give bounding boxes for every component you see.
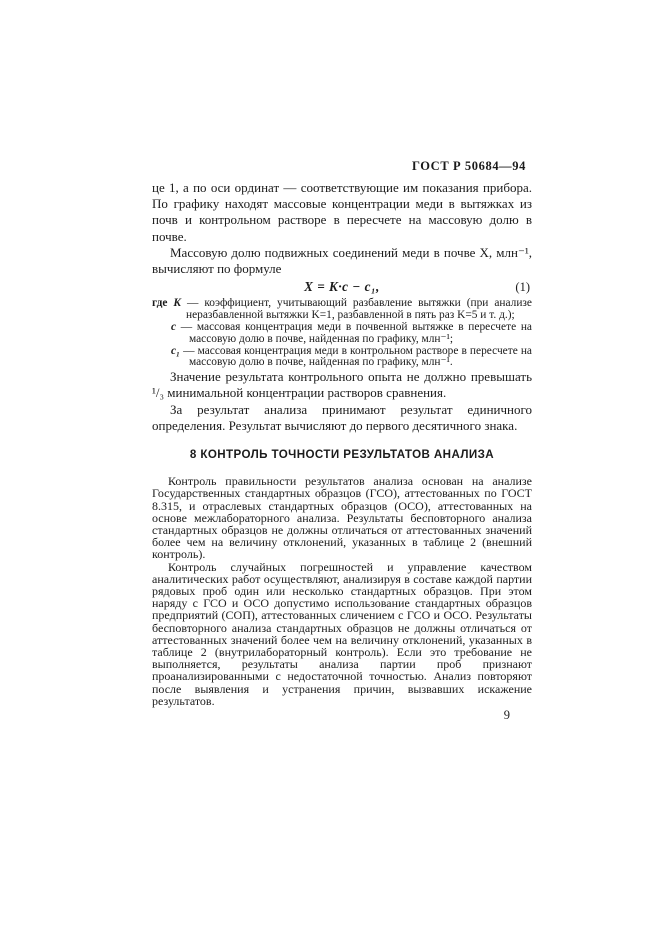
paragraph-control-experiment: Значение результата контрольного опыта н… bbox=[152, 369, 532, 401]
legend-item-k: где K — коэффициент, учитывающий разбавл… bbox=[152, 298, 532, 322]
legend-definition-c: — массовая концентрация меди в почвенной… bbox=[181, 321, 532, 345]
formula-expression: X = K·c − c₁, bbox=[304, 279, 380, 294]
legend-item-c1: c₁ — массовая концентрация меди в контро… bbox=[152, 346, 532, 370]
paragraph-accuracy-control-2: Контроль случайных погрешностей и управл… bbox=[152, 561, 532, 707]
text-block: це 1, а по оси ординат — соответствующие… bbox=[152, 180, 532, 707]
legend-term-c1: c₁ bbox=[171, 345, 180, 357]
formula-number: (1) bbox=[515, 279, 530, 295]
formula-legend: где K — коэффициент, учитывающий разбавл… bbox=[152, 298, 532, 369]
page-number: 9 bbox=[152, 708, 510, 723]
paragraph-graph-instructions: це 1, а по оси ординат — соответствующие… bbox=[152, 180, 532, 245]
legend-term-c: c bbox=[171, 321, 176, 333]
paragraph-analysis-result: За результат анализа принимают результат… bbox=[152, 402, 532, 434]
formula-block: X = K·c − c₁, (1) bbox=[152, 277, 532, 298]
legend-definition-c1: — массовая концентрация меди в контрольн… bbox=[183, 345, 532, 369]
legend-definition-k: — коэффициент, учитывающий разбавление в… bbox=[186, 297, 532, 321]
document-page: ГОСТ Р 50684—94 це 1, а по оси ординат —… bbox=[0, 0, 661, 935]
legend-item-c: c — массовая концентрация меди в почвенн… bbox=[152, 322, 532, 346]
paragraph-accuracy-control-1: Контроль правильности результатов анализ… bbox=[152, 475, 532, 560]
legend-term-k: K bbox=[173, 297, 181, 309]
paragraph-formula-intro: Массовую долю подвижных соединений меди … bbox=[152, 245, 532, 277]
running-header: ГОСТ Р 50684—94 bbox=[152, 157, 526, 175]
section-8-heading: 8 КОНТРОЛЬ ТОЧНОСТИ РЕЗУЛЬТАТОВ АНАЛИЗА bbox=[152, 447, 532, 463]
legend-prefix: где bbox=[152, 297, 167, 309]
standard-number: ГОСТ Р 50684—94 bbox=[412, 159, 526, 173]
